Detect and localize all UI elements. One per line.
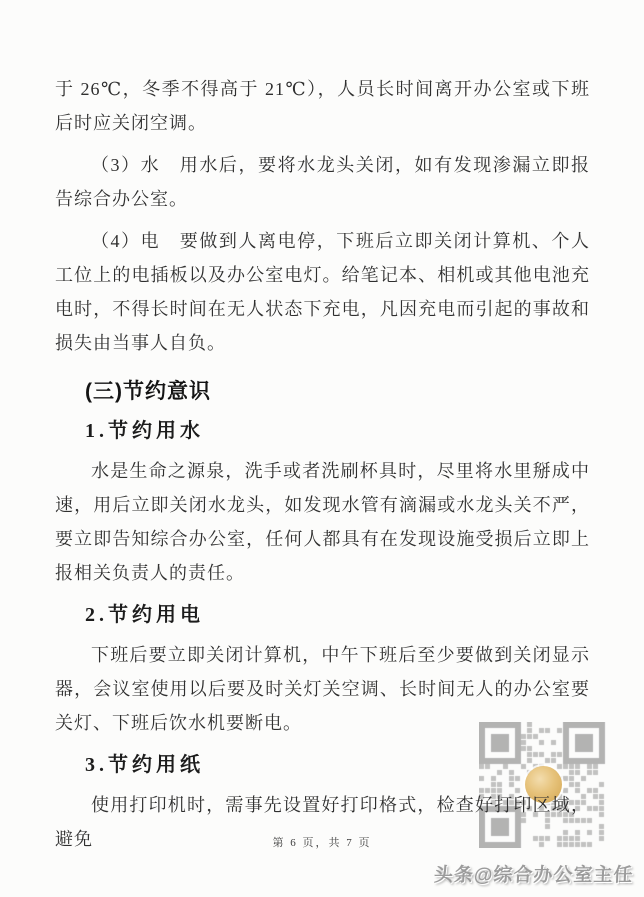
paragraph-water-rule: （3）水 用水后，要将水龙头关闭，如有发现渗漏立即报告综合办公室。 [55, 148, 590, 216]
heading-save-paper: 3.节约用纸 [85, 752, 590, 778]
watermark-text: 头条@综合办公室主任 [434, 860, 635, 887]
document-body: 于 26℃，冬季不得高于 21℃），人员长时间离开办公室或下班后时应关闭空调。 … [55, 72, 590, 864]
heading-save-electricity: 2.节约用电 [85, 602, 590, 628]
page-number: 第 6 页，共 7 页 [0, 834, 644, 850]
paragraph-aircon-continuation: 于 26℃，冬季不得高于 21℃），人员长时间离开办公室或下班后时应关闭空调。 [55, 72, 590, 140]
paragraph-electricity-rule: （4）电 要做到人离电停，下班后立即关闭计算机、个人工位上的电插板以及办公室电灯… [55, 224, 590, 360]
heading-save-water: 1.节约用水 [85, 418, 590, 444]
heading-saving-awareness: (三)节约意识 [85, 378, 590, 406]
paragraph-save-electricity: 下班后要立即关闭计算机，中午下班后至少要做到关闭显示器，会议室使用以后要及时关灯… [55, 638, 590, 740]
paragraph-save-water: 水是生命之源泉，洗手或者洗刷杯具时，尽里将水里掰成中速，用后立即关闭水龙头，如发… [55, 454, 590, 590]
document-page: 于 26℃，冬季不得高于 21℃），人员长时间离开办公室或下班后时应关闭空调。 … [0, 0, 644, 897]
